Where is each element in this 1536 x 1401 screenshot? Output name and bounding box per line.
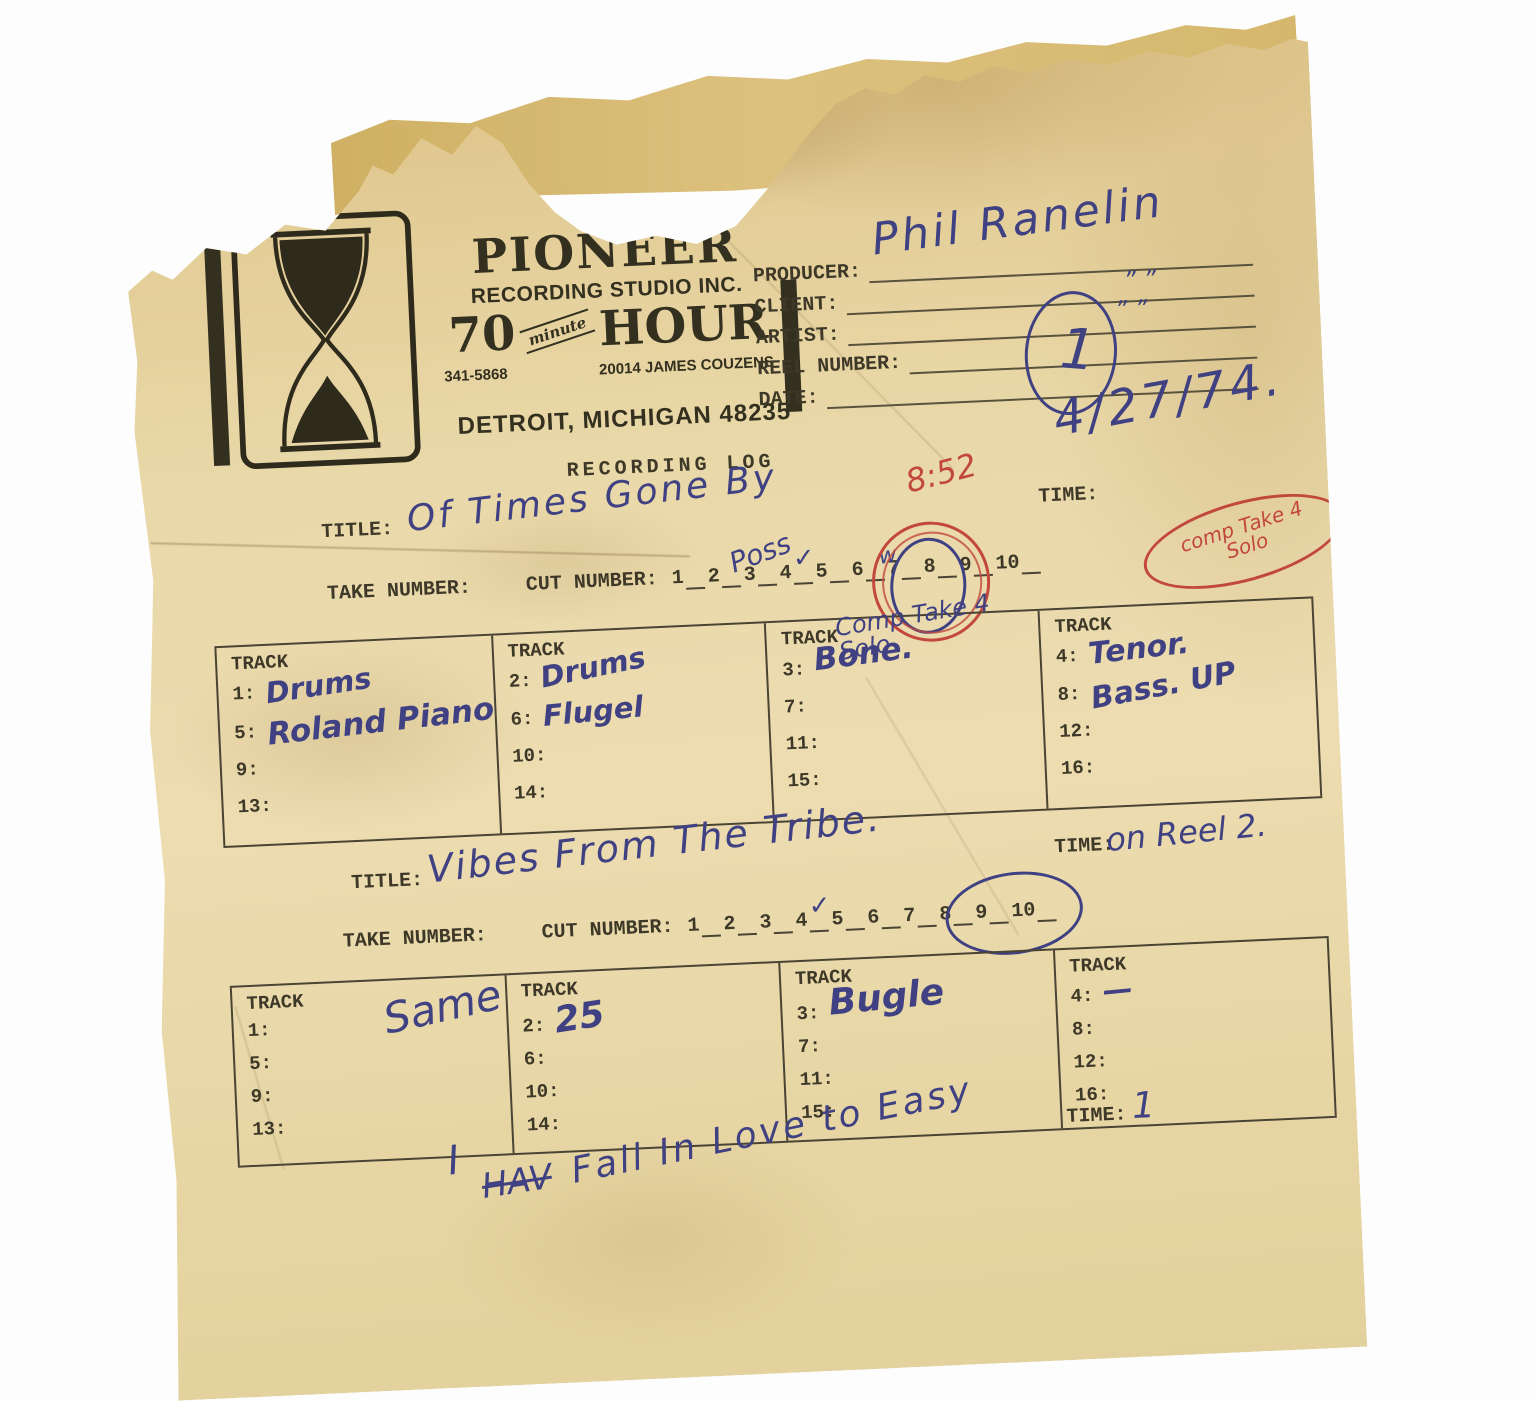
cut-number: 2 [723,913,736,937]
track-number: 2: [508,670,532,693]
section2-cut-label: CUT NUMBER: [541,916,674,945]
track-number: 16: [1075,1083,1110,1107]
cut-number: 1 [687,915,700,939]
tear-crease [150,542,690,557]
phone-number: 341-5868 [444,366,508,386]
track-number: 9: [250,1085,274,1108]
cut-line [757,569,777,587]
cut-line [1021,557,1041,575]
track-number: 13: [252,1117,287,1141]
cut-number: 2 [707,565,720,589]
track-number: 4: [1070,985,1094,1008]
track-value: 25 [552,996,607,1039]
track-column-3: TRACK Comp Take 4 Solo 3:Bone. 7: 11: 15… [764,611,1046,821]
track-number: 14: [513,781,548,805]
scanned-recording-log: PIONEER RECORDING STUDIO INC. 70 minute … [0,0,1536,1148]
track-number: 11: [785,732,820,756]
track-column-4: TRACK 4:Tenor. 8:Bass. UP 12: 16: [1038,598,1322,808]
cut-line [845,913,865,931]
hourglass-icon [227,207,425,478]
rate-line: 70 minute HOUR [441,298,775,361]
track-number: 11: [799,1068,834,1092]
recording-log-sheet: PIONEER RECORDING STUDIO INC. 70 minute … [119,28,1368,1148]
track-value: — [1102,974,1135,1007]
track-value: Flugel [542,692,645,731]
cut-line [686,572,706,590]
track-value: Tenor. [1087,629,1191,670]
track-number: 14: [526,1113,561,1137]
track-number: 1: [232,682,256,705]
track-number: 2: [522,1015,546,1038]
track-number: 6: [523,1048,547,1071]
section1-title-label: TITLE: [321,518,394,544]
track-number: 16: [1060,756,1095,780]
cut-number: 1 [671,567,684,591]
track-number: 7: [798,1035,822,1058]
rate-hour: HOUR [598,298,769,354]
track-column-2: TRACK 2:Drums 6:Flugel 10: 14: [491,623,773,833]
track-number: 12: [1059,719,1094,743]
cut-line [773,916,793,934]
reel-number-handwritten: 1 [1058,321,1098,380]
track-number: 15: [787,769,822,793]
cut-number: 3 [759,911,772,935]
track-number: 8: [1072,1018,1096,1041]
section2-title-label: TITLE: [351,869,424,895]
track-number: 10: [512,744,547,768]
section2-check-mark: ✓ [808,893,831,920]
section1-time-label: TIME: [1038,483,1099,509]
section1-cut-label: CUT NUMBER: [525,568,658,597]
rate-minute: minute [519,309,595,355]
cut-number: 10 [995,552,1020,576]
track-number: 5: [234,721,258,744]
track-number: 12: [1073,1050,1108,1074]
cut-number: 3 [743,564,756,588]
cut-line [722,570,742,588]
city-line: DETROIT, MICHIGAN 48235 [434,397,815,442]
artist-label: ARTIST: [755,324,840,351]
cut-number: 7 [903,905,916,929]
cut-line [829,565,849,583]
track-number: 3: [796,1002,820,1025]
section1-time-red-note: 8:52 [902,449,980,498]
cut-number: 6 [851,559,864,583]
section2-take-label: TAKE NUMBER: [342,924,487,954]
producer-label: PRODUCER: [753,261,862,289]
track-number: 13: [237,795,272,819]
track-number: 6: [510,708,534,731]
section1-check-mark: ✓ [792,545,815,572]
cut-number: 4 [795,910,808,934]
track-column-1: TRACK 1:Drums 5:Roland Piano 9: 13: [214,636,499,846]
section3-time-handwritten: 1 [1131,1088,1156,1125]
cut-line [701,920,721,938]
artist-ditto-mark: ” ” [1114,297,1148,322]
track-number: 3: [782,658,806,681]
track-number: 7: [784,695,808,718]
reel-number-label: REEL NUMBER: [757,352,902,382]
cut-number: 4 [779,562,792,586]
cut-number: 5 [815,560,828,584]
cut-number: 6 [867,906,880,930]
rate-70: 70 [448,309,517,360]
date-label: DATE: [758,387,819,413]
section3-time-label: TIME: [1066,1103,1127,1129]
track-value: Bugle [827,975,946,1022]
letterhead-text: PIONEER RECORDING STUDIO INC. 70 minute … [438,221,776,386]
track-column-1: TRACK Same 1: 5: 9: 13: [230,975,512,1148]
track-number: 9: [235,758,259,781]
logo-left-bar [203,228,230,466]
section1-take-label: TAKE NUMBER: [327,577,472,607]
track-number: 4: [1055,645,1079,668]
section2-time-note: on Reel 2. [1105,809,1269,857]
section1-comp-red-note: comp Take 4 Solo [1162,493,1327,580]
track-column-4: TRACK 4:— 8: 12: 16: [1052,938,1336,1128]
track-number: 5: [249,1052,273,1075]
cut-line [917,910,937,928]
cut-line [881,911,901,929]
track-number: 10: [525,1080,560,1104]
street-address: 20014 JAMES COUZENS [599,354,775,379]
cut-line [737,918,757,936]
client-ditto-mark: ” ” [1123,267,1157,292]
section1-comp-red-circle: comp Take 4 Solo [1134,475,1354,607]
track-number: 1: [247,1019,271,1042]
cut-number: 5 [831,908,844,932]
client-label: CLIENT: [754,293,839,320]
track-number: 8: [1057,683,1081,706]
